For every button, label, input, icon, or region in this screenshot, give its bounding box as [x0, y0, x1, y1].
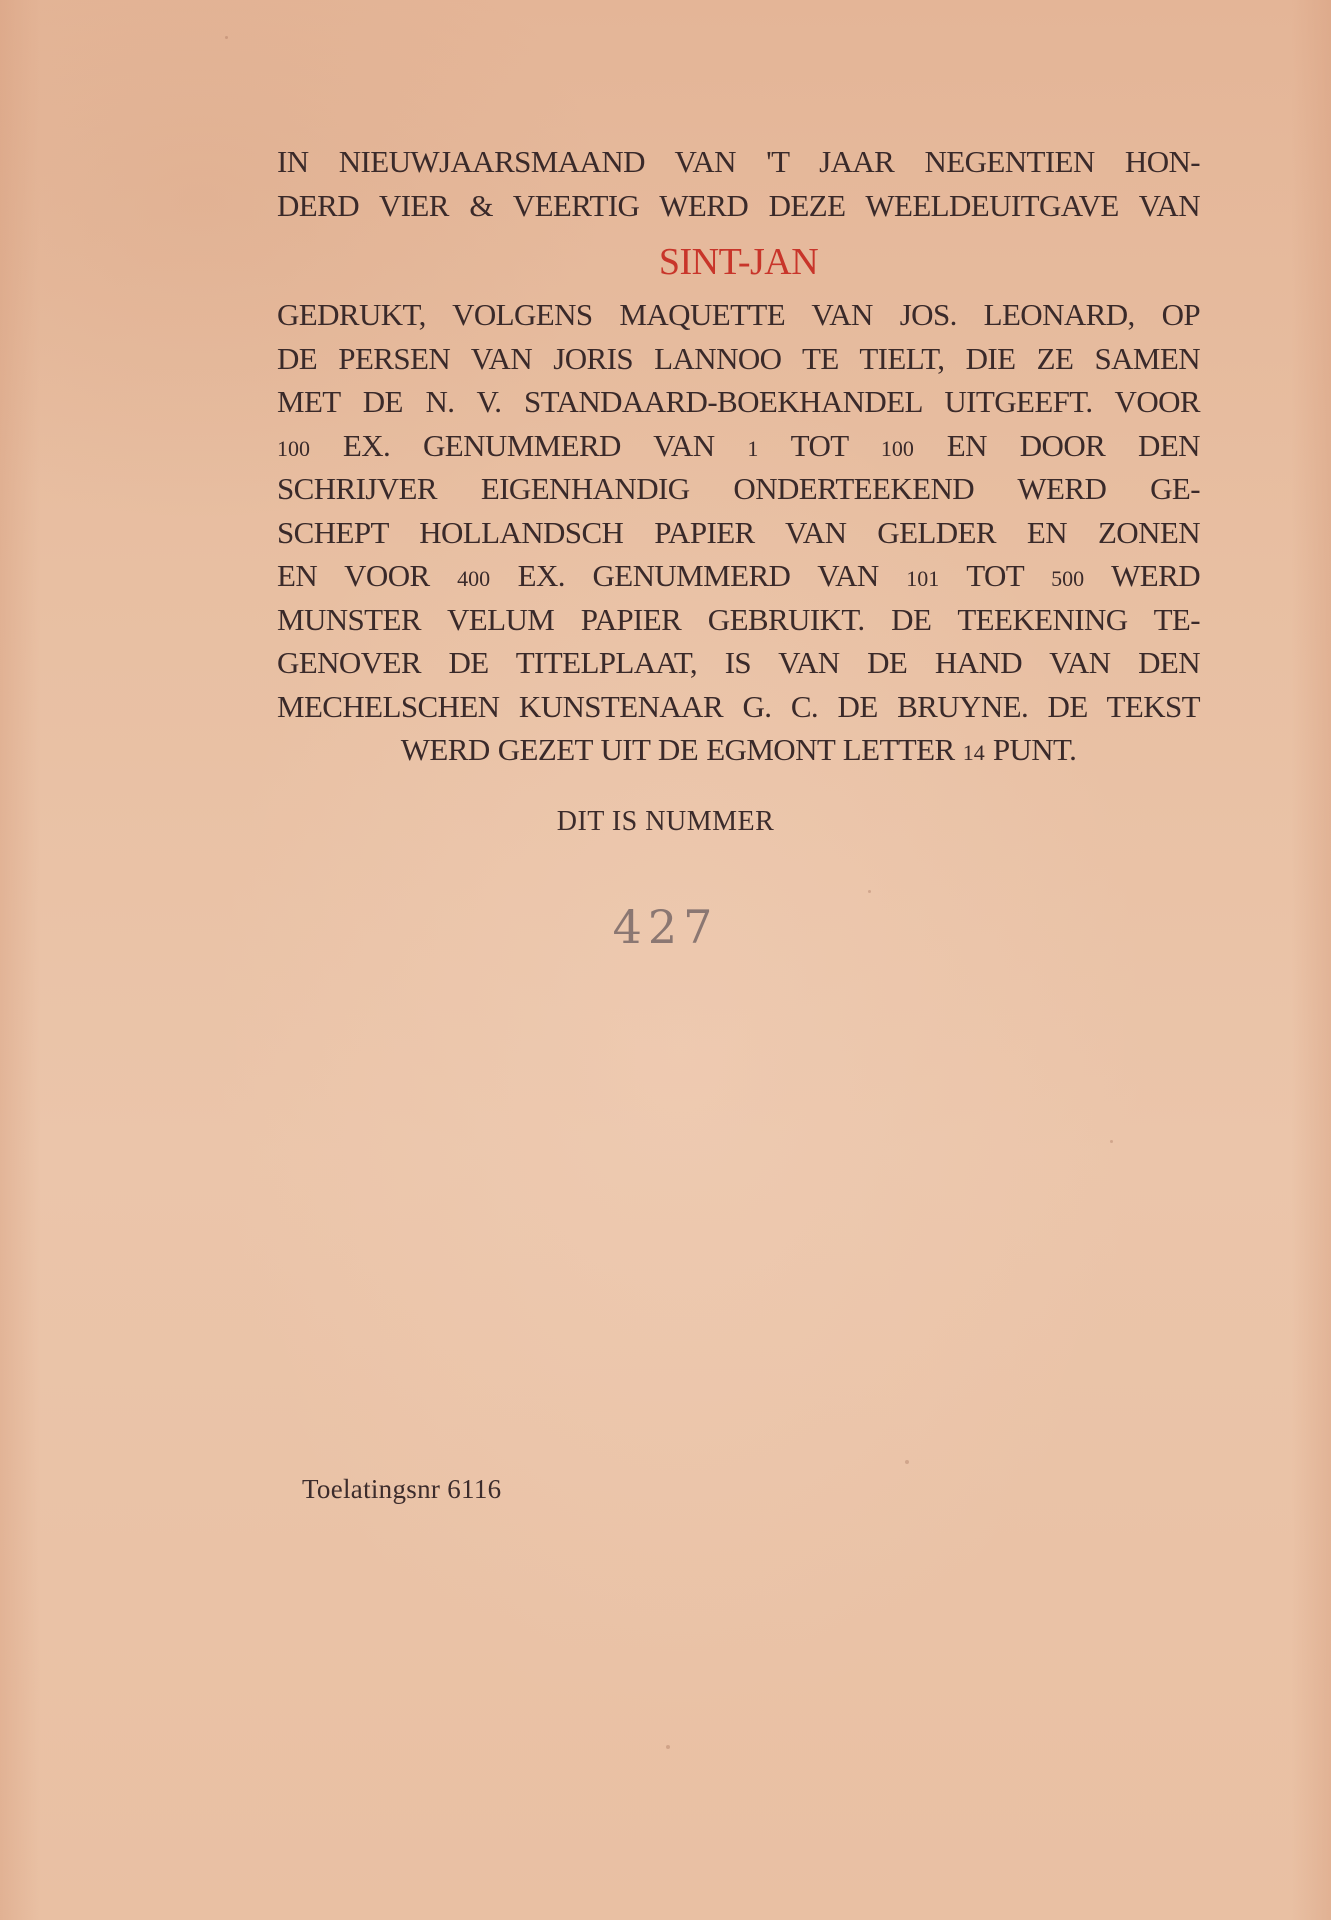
- colophon-text: IN NIEUWJAARSMAAND VAN 'T JAAR NEGENTIEN…: [277, 140, 1200, 772]
- colophon-line: MET DE N. V. STANDAARD-BOEKHANDEL UITGEE…: [277, 380, 1200, 424]
- paper-speck: [868, 890, 871, 893]
- oldstyle-number: 100: [277, 436, 310, 461]
- colophon-line: 100 EX. GENUMMERD VAN 1 TOT 100 EN DOOR …: [277, 424, 1200, 468]
- number-label: DIT IS NUMMER: [0, 806, 1331, 838]
- paper-speck: [225, 36, 228, 39]
- colophon-line: SCHRIJVER EIGENHANDIG ONDERTEEKEND WERD …: [277, 467, 1200, 511]
- oldstyle-number: 500: [1051, 566, 1084, 591]
- colophon-line: GENOVER DE TITELPLAAT, IS VAN DE HAND VA…: [277, 641, 1200, 685]
- intro-line: DERD VIER & VEERTIG WERD DEZE WEELDEUITG…: [277, 184, 1200, 228]
- colophon-line: MUNSTER VELUM PAPIER GEBRUIKT. DE TEEKEN…: [277, 598, 1200, 642]
- colophon-line: MECHELSCHEN KUNSTENAAR G. C. DE BRUYNE. …: [277, 685, 1200, 729]
- intro-line: IN NIEUWJAARSMAAND VAN 'T JAAR NEGENTIEN…: [277, 140, 1200, 184]
- colophon-line: SCHEPT HOLLANDSCH PAPIER VAN GELDER EN Z…: [277, 511, 1200, 555]
- paper-speck: [905, 1460, 909, 1464]
- paper-speck: [1110, 1140, 1113, 1143]
- oldstyle-number: 1: [747, 436, 758, 461]
- oldstyle-number: 101: [906, 566, 939, 591]
- colophon-line: EN VOOR 400 EX. GENUMMERD VAN 101 TOT 50…: [277, 554, 1200, 598]
- oldstyle-number: 14: [963, 740, 985, 765]
- colophon-line: DE PERSEN VAN JORIS LANNOO TE TIELT, DIE…: [277, 337, 1200, 381]
- permit-number: Toelatingsnr 6116: [302, 1474, 501, 1505]
- colophon-body: GEDRUKT, VOLGENS MAQUETTE VAN JOS. LEONA…: [277, 293, 1200, 772]
- book-title: SINT-JAN: [277, 237, 1200, 287]
- colophon-line: WERD GEZET UIT DE EGMONT LETTER 14 PUNT.: [277, 728, 1200, 772]
- oldstyle-number: 100: [881, 436, 914, 461]
- paper-speck: [666, 1745, 670, 1749]
- colophon-line: GEDRUKT, VOLGENS MAQUETTE VAN JOS. LEONA…: [277, 293, 1200, 337]
- oldstyle-number: 400: [457, 566, 490, 591]
- copy-number-stamp: 427: [0, 900, 1331, 954]
